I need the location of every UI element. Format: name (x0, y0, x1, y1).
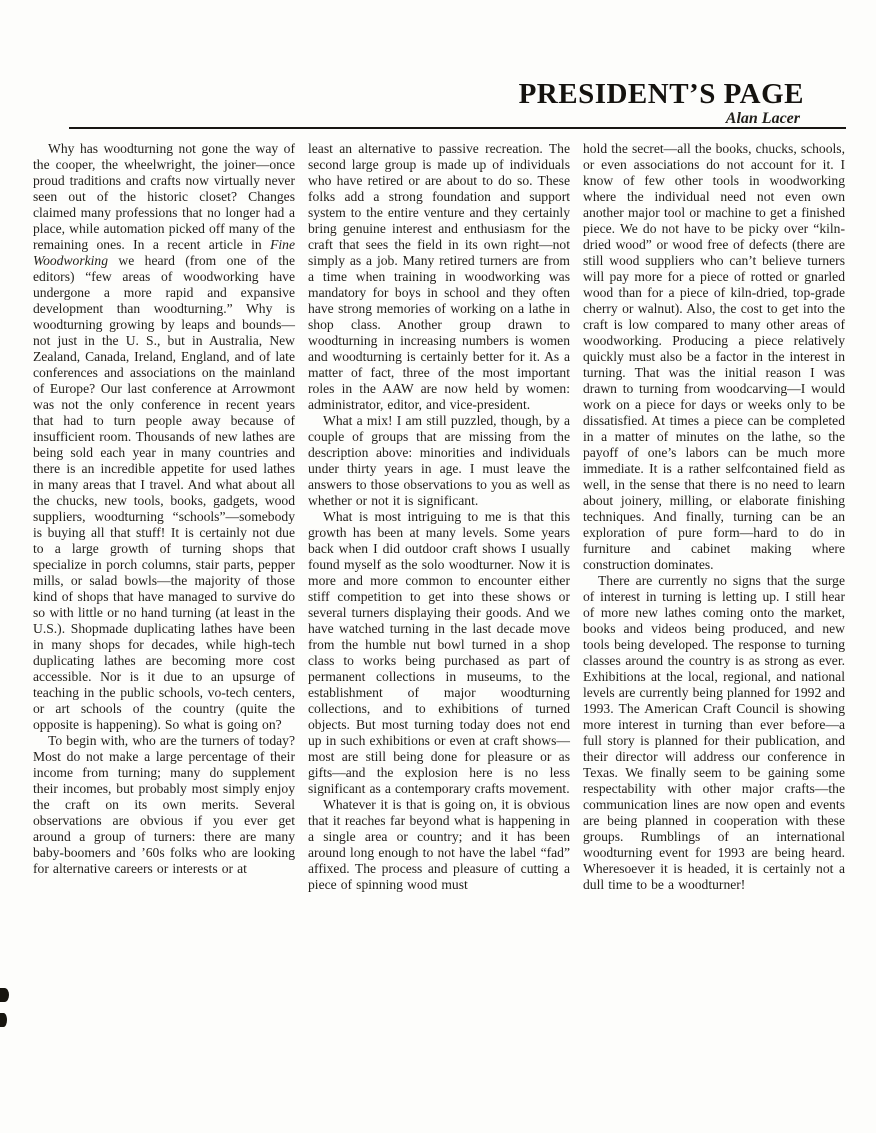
column-3: hold the secret—all the books, chucks, s… (583, 141, 845, 893)
paragraph: Whatever it is that is going on, it is o… (308, 797, 570, 893)
byline: Alan Lacer (69, 110, 800, 127)
column-2: least an alternative to passive recreati… (308, 141, 570, 893)
header-rule (69, 127, 846, 129)
scan-artifact (0, 988, 9, 1002)
page-title: PRESIDENT’S PAGE (69, 80, 804, 109)
page-header: PRESIDENT’S PAGE Alan Lacer (69, 80, 804, 127)
paragraph: Why has woodturning not gone the way of … (33, 141, 295, 733)
text-run: Whatever it is that is going on, it is o… (308, 797, 570, 892)
text-run: hold the secret—all the books, chucks, s… (583, 141, 845, 572)
paragraph: hold the secret—all the books, chucks, s… (583, 141, 845, 573)
column-1: Why has woodturning not gone the way of … (33, 141, 295, 893)
paragraph: To begin with, who are the turners of to… (33, 733, 295, 877)
text-run: we heard (from one of the editors) “few … (33, 253, 295, 732)
text-run: What a mix! I am still puzzled, though, … (308, 413, 570, 508)
text-run: To begin with, who are the turners of to… (33, 733, 295, 876)
text-run: least an alternative to passive recreati… (308, 141, 570, 412)
paragraph: least an alternative to passive recreati… (308, 141, 570, 413)
text-run: What is most intriguing to me is that th… (308, 509, 570, 796)
text-run: There are currently no signs that the su… (583, 573, 845, 892)
magazine-page: PRESIDENT’S PAGE Alan Lacer Why has wood… (0, 0, 876, 1133)
article-body: Why has woodturning not gone the way of … (33, 141, 845, 893)
scan-artifact (0, 1013, 7, 1027)
paragraph: What is most intriguing to me is that th… (308, 509, 570, 797)
paragraph: What a mix! I am still puzzled, though, … (308, 413, 570, 509)
text-run: Why has woodturning not gone the way of … (33, 141, 295, 252)
paragraph: There are currently no signs that the su… (583, 573, 845, 893)
